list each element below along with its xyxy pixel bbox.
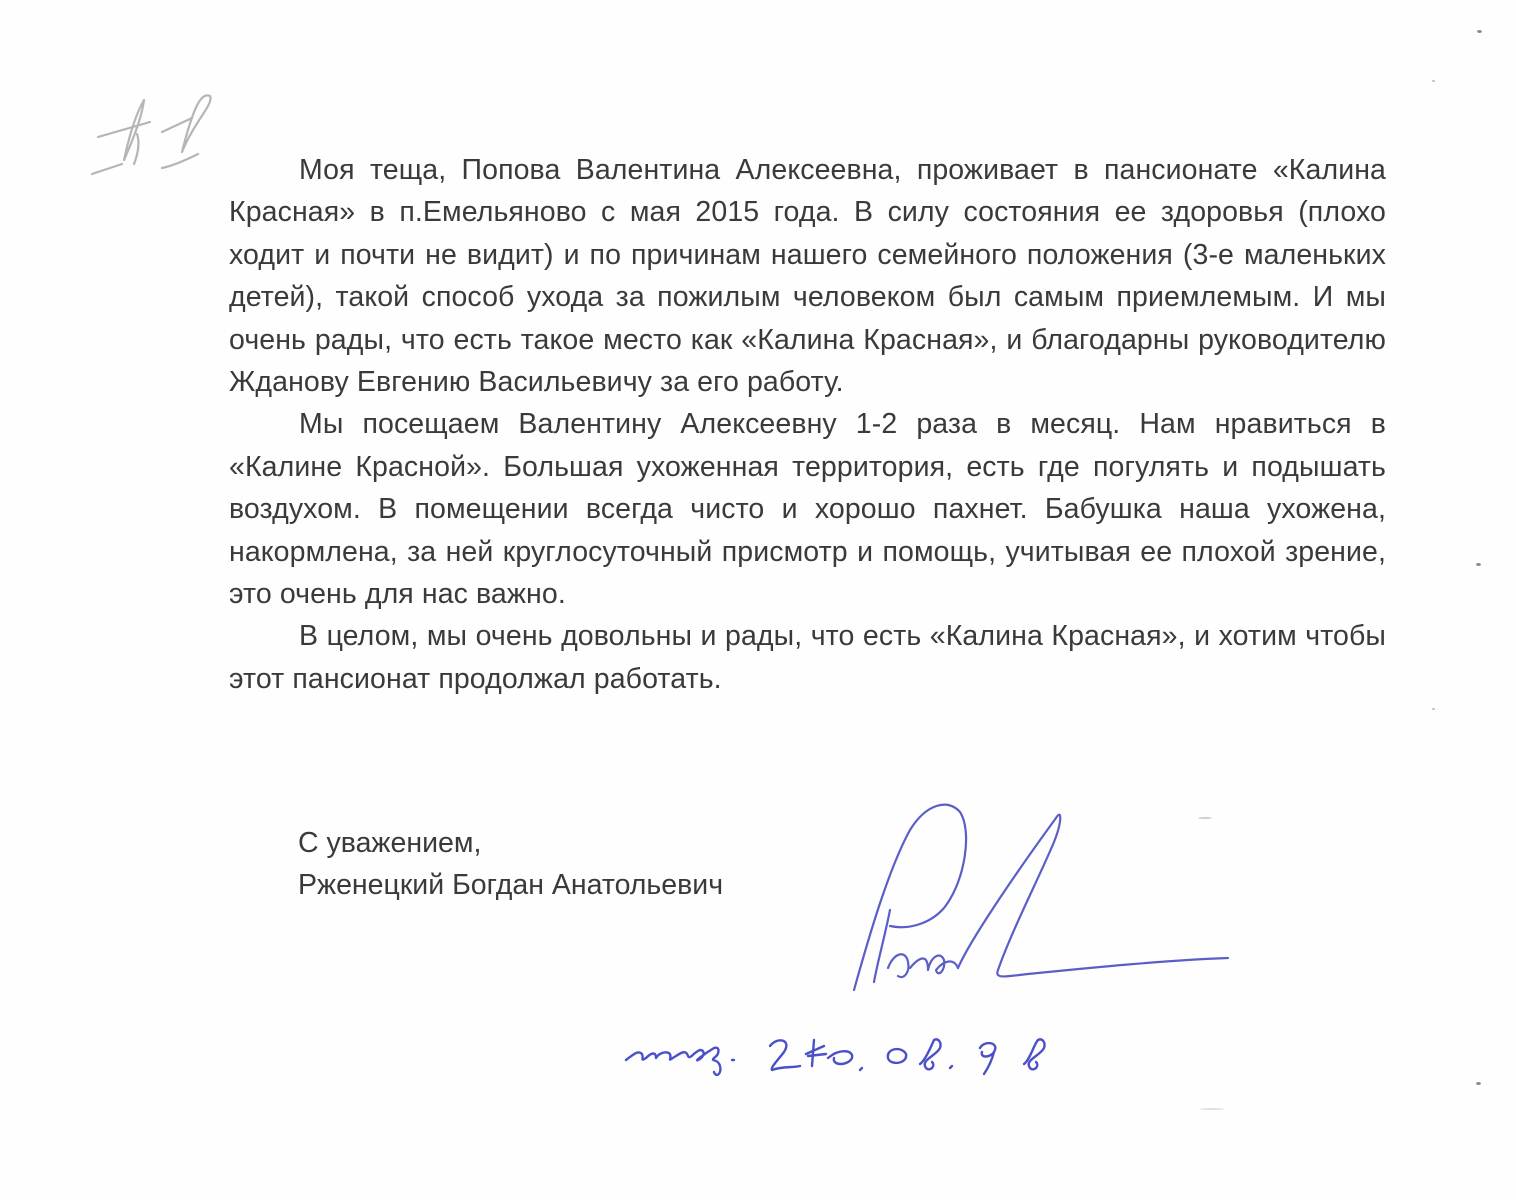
scan-artifact: [1432, 708, 1435, 710]
scan-artifact: [1476, 563, 1481, 566]
letter-body: Моя теща, Попова Валентина Алексеевна, п…: [229, 149, 1386, 700]
letter-closing: С уважением, Рженецкий Богдан Анатольеви…: [298, 822, 723, 906]
handwritten-phone-note: [620, 1018, 1100, 1088]
handwritten-signature: [848, 790, 1248, 1000]
scan-artifact: [1477, 30, 1482, 33]
signer-name: Рженецкий Богдан Анатольевич: [298, 864, 723, 906]
scan-artifact: [1200, 1108, 1224, 1110]
handwritten-page-number: [82, 82, 222, 182]
paragraph-2: Мы посещаем Валентину Алексеевну 1-2 раз…: [229, 403, 1386, 615]
paragraph-1: Моя теща, Попова Валентина Алексеевна, п…: [229, 149, 1386, 403]
paragraph-3: В целом, мы очень довольны и рады, что е…: [229, 615, 1386, 700]
scan-artifact: [1476, 1082, 1481, 1085]
scan-artifact: [1198, 817, 1212, 819]
scanned-letter-page: Моя теща, Попова Валентина Алексеевна, п…: [0, 0, 1516, 1200]
scan-artifact: [1432, 80, 1435, 82]
salutation: С уважением,: [298, 822, 723, 864]
